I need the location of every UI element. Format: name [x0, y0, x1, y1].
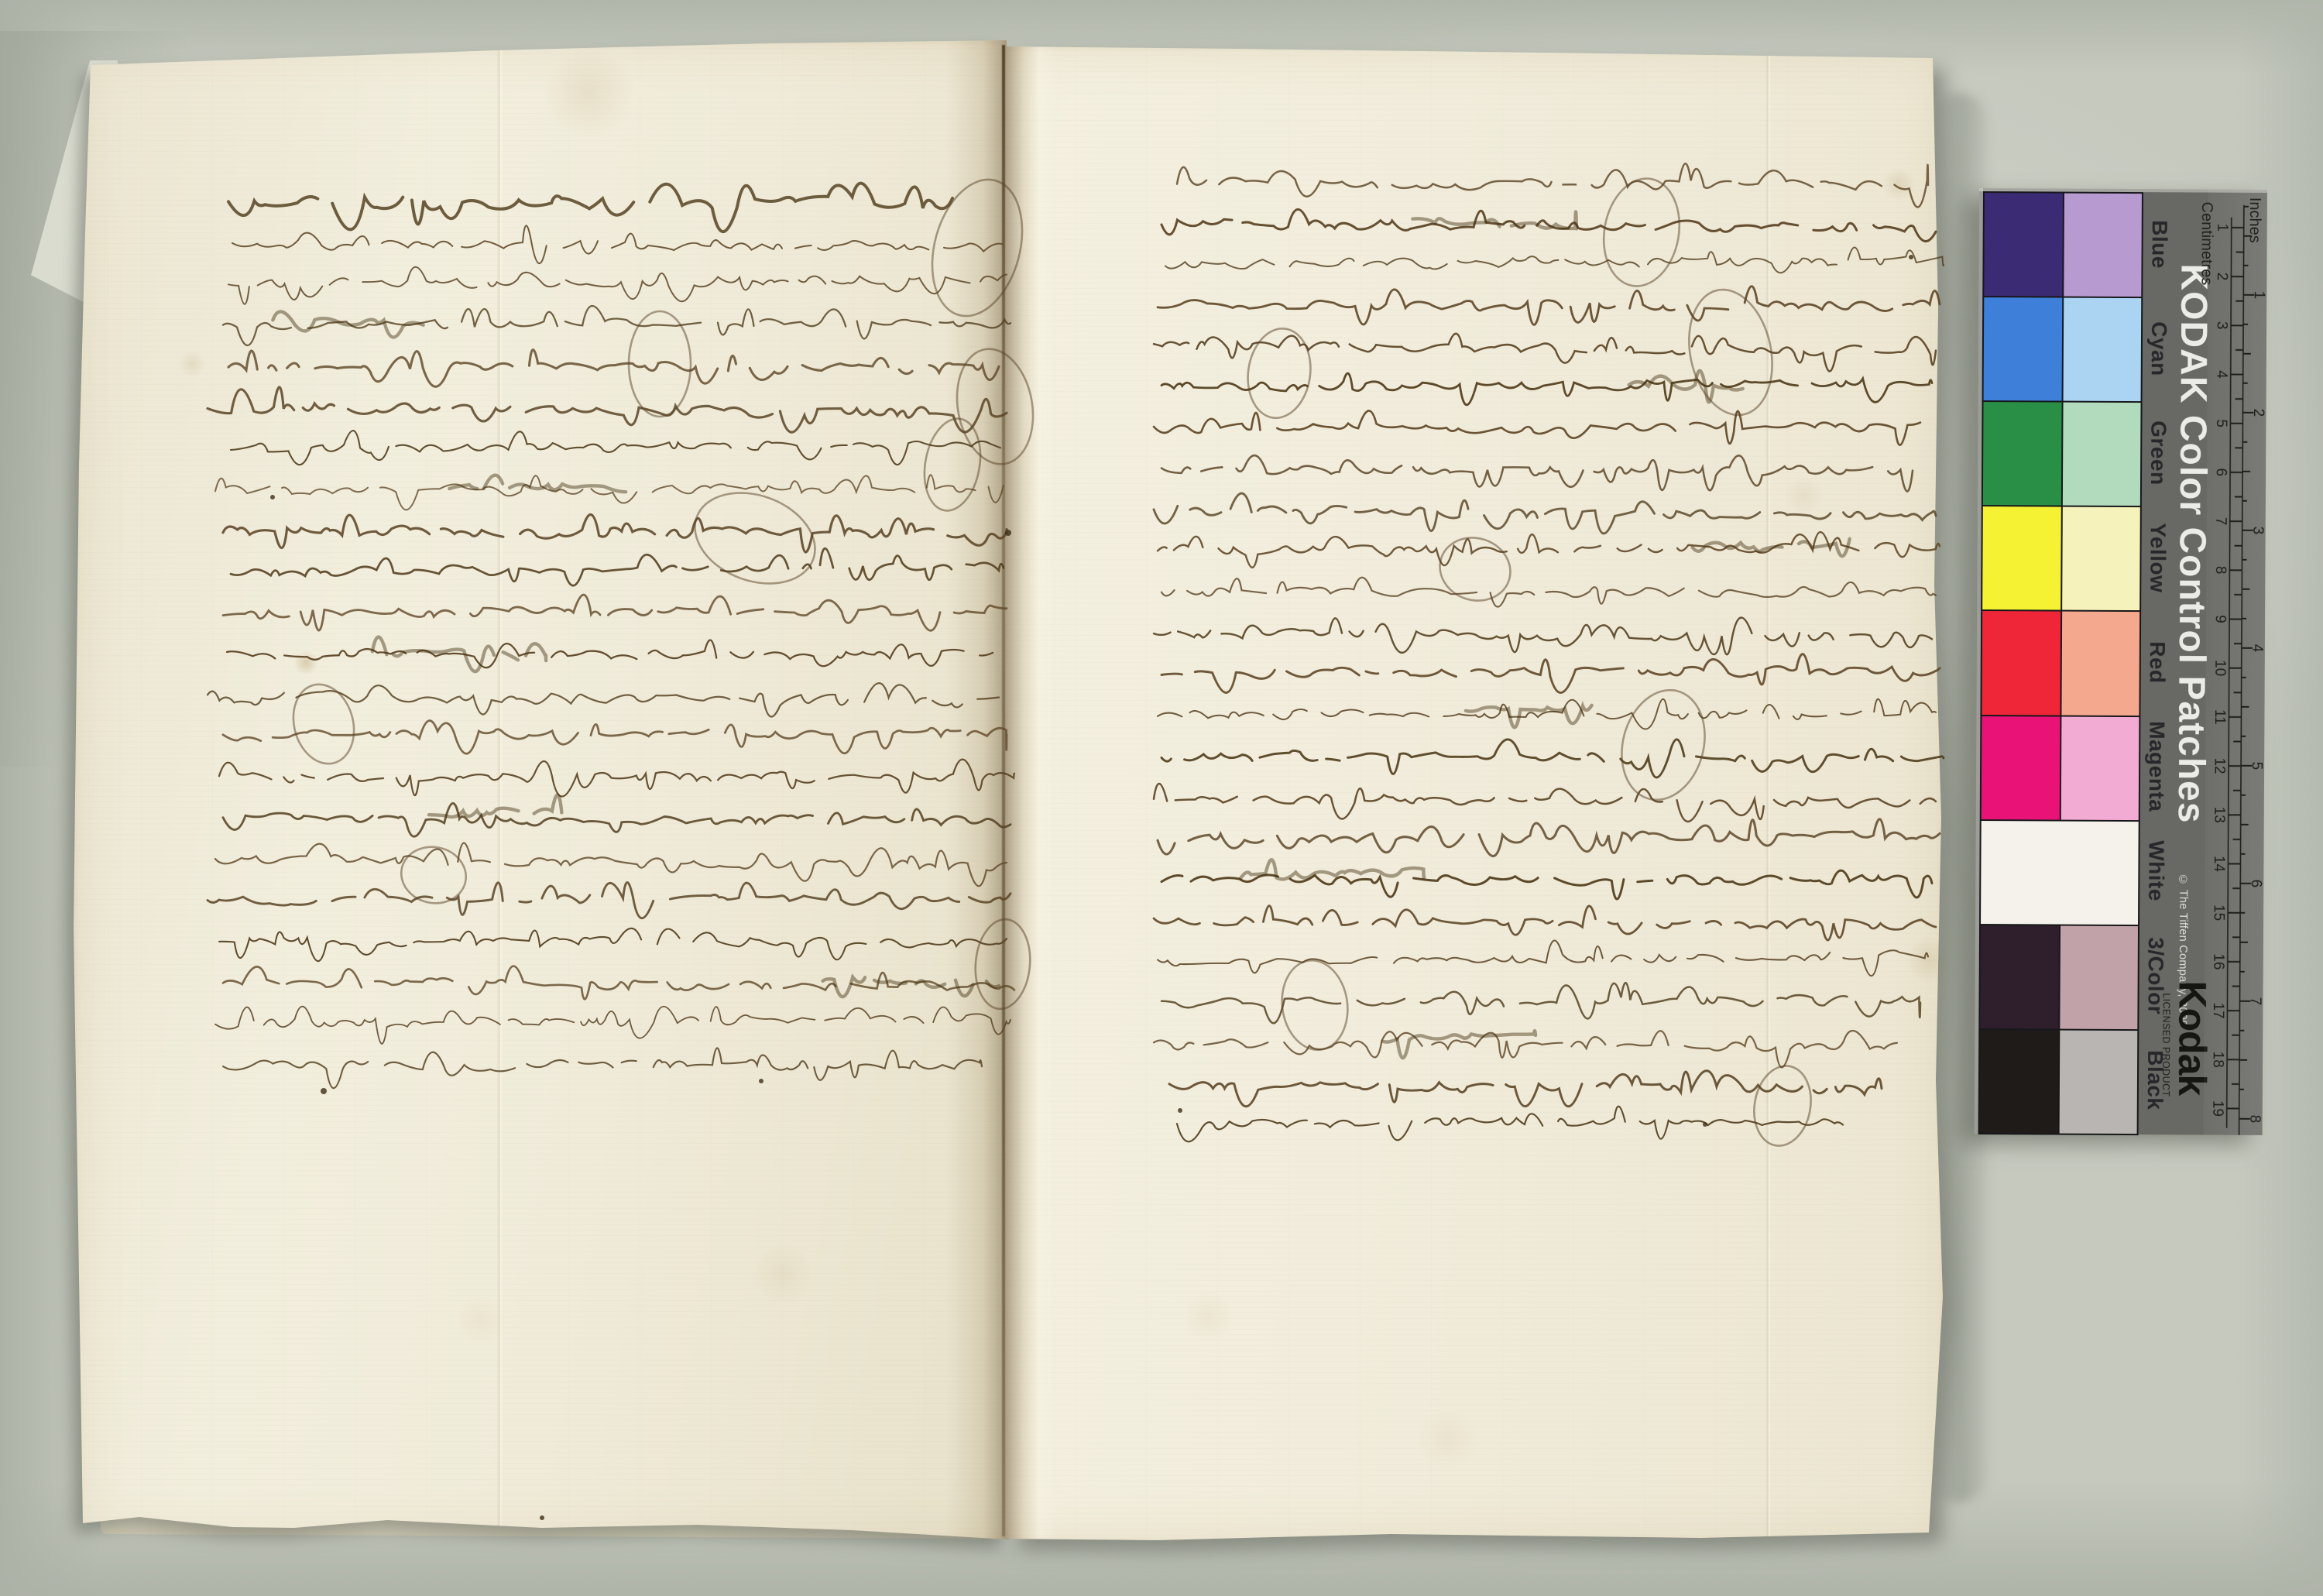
ink-flourish	[682, 477, 828, 599]
handwriting-flourish-overlay	[1412, 212, 1577, 229]
kodak-color-control-strip: BlueCyanGreenYellowRedMagentaWhite3/Colo…	[1975, 188, 2267, 1135]
licensed-product-text: LICENSED PRODUCT	[2160, 993, 2172, 1097]
ruler-number: 1	[2251, 291, 2267, 300]
handwriting-line	[219, 760, 1014, 797]
patch-row-cyan	[1984, 297, 2142, 401]
ink-flourish	[1276, 956, 1353, 1055]
handwriting-layer	[0, 0, 2323, 1596]
ink-flourish	[1596, 173, 1688, 293]
handwriting-line	[232, 225, 1003, 263]
patch-row-blue	[1984, 193, 2142, 297]
handwriting-line	[227, 640, 993, 668]
handwriting-line	[1158, 699, 1936, 729]
handwriting-line	[223, 306, 1011, 345]
ruler-number: 14	[2211, 856, 2227, 873]
patch-label: Magenta	[2144, 721, 2170, 812]
handwriting-line	[1158, 940, 1928, 976]
centimetres-label: Centimetres	[2197, 201, 2215, 285]
ruler-number: 7	[2212, 517, 2229, 526]
handwriting-line	[1161, 455, 1913, 491]
ink-spot	[321, 1088, 327, 1094]
handwriting-line	[215, 475, 1004, 510]
ruler-number: 19	[2209, 1100, 2225, 1117]
patch-row-white	[1981, 821, 2139, 925]
ink-flourish	[972, 917, 1034, 1011]
color-patch	[1983, 402, 2061, 506]
handwriting-line	[1154, 493, 1936, 534]
handwriting-line	[208, 882, 1011, 918]
ruler-number: 13	[2211, 807, 2227, 823]
ink-spot	[270, 495, 275, 499]
handwriting-line	[215, 843, 1007, 886]
handwriting-flourish-overlay	[1240, 860, 1424, 879]
handwriting-flourish-overlay	[1466, 705, 1592, 728]
handwriting-line	[1165, 248, 1944, 273]
handwriting-flourish-overlay	[1693, 539, 1850, 556]
color-patch-tint	[2061, 716, 2139, 820]
ruler-number: 11	[2211, 709, 2228, 725]
handwriting-line	[1161, 654, 1940, 693]
handwriting-line	[1154, 784, 1936, 822]
ruler-number: 2	[2214, 273, 2230, 281]
ink-spot	[759, 1079, 763, 1083]
ink-flourish	[1610, 681, 1717, 809]
ruler-number: 8	[2212, 566, 2229, 575]
handwriting-line	[1177, 1107, 1843, 1142]
color-patch	[1980, 1030, 2058, 1134]
ink-flourish	[1748, 1062, 1817, 1151]
handwriting-flourish-overlay	[1383, 1031, 1536, 1058]
patch-label: Cyan	[2146, 321, 2171, 376]
patch-row-magenta	[1982, 716, 2139, 820]
ruler-number: 3	[2214, 321, 2230, 330]
ruler-number: 8	[2246, 1115, 2263, 1124]
ruler-number: 2	[2250, 409, 2266, 417]
ink-flourish	[918, 170, 1037, 326]
ink-flourish	[1242, 324, 1316, 422]
ruler-svg: 1234567891011121314151617181912345678	[2204, 190, 2267, 1135]
ruler-number: 10	[2211, 660, 2228, 676]
ruler-number: 6	[2248, 880, 2264, 888]
handwriting-line	[1154, 334, 1936, 372]
color-patch	[1982, 716, 2060, 820]
ruler-number: 5	[2249, 762, 2265, 771]
handwriting-line	[1154, 618, 1932, 655]
color-patch	[1982, 611, 2060, 715]
color-patch	[1984, 297, 2062, 401]
handwriting-line	[1177, 163, 1928, 207]
ruler-number: 16	[2210, 953, 2226, 970]
patch-label: White	[2143, 841, 2168, 902]
handwriting-flourish-overlay	[823, 977, 999, 997]
handwriting-line	[1161, 209, 1936, 241]
archival-photo-stage: BlueCyanGreenYellowRedMagentaWhite3/Colo…	[0, 0, 2323, 1596]
ruler-zone: 1234567891011121314151617181912345678	[2204, 190, 2267, 1135]
ruler-number: 5	[2213, 419, 2229, 427]
ruler-number: 3	[2249, 527, 2266, 535]
color-patch	[1984, 193, 2062, 297]
ruler-number: 7	[2247, 997, 2263, 1006]
color-patch-tint	[2062, 403, 2140, 506]
ink-flourish	[949, 343, 1042, 470]
inches-label: Inches	[2246, 197, 2263, 243]
ink-flourish	[918, 414, 987, 515]
color-patch-tint	[2061, 612, 2139, 716]
ruler-number: 12	[2211, 757, 2228, 774]
handwriting-line	[228, 184, 952, 232]
ink-spot	[1005, 530, 1011, 536]
handwriting-line	[223, 803, 1011, 836]
ink-flourish	[629, 311, 691, 417]
handwriting-line	[1161, 983, 1920, 1023]
handwriting-line	[1154, 906, 1936, 941]
handwriting-line	[208, 683, 999, 716]
patch-row-green	[1983, 402, 2141, 506]
handwriting-line	[1154, 1031, 1897, 1068]
handwriting-line	[1169, 1071, 1882, 1107]
patch-row-black	[1980, 1030, 2138, 1134]
ink-spot	[1178, 1108, 1182, 1113]
patch-label: Yellow	[2145, 523, 2170, 592]
handwriting-line	[215, 1007, 1011, 1044]
handwriting-line	[223, 721, 1007, 754]
ink-flourish	[1678, 282, 1783, 423]
ink-spot	[540, 1515, 544, 1520]
color-patch	[1982, 506, 2061, 610]
color-patch	[1981, 821, 2139, 925]
color-patch	[1980, 925, 2058, 1029]
ruler-number: 4	[2213, 370, 2229, 379]
handwriting-line	[223, 595, 1007, 630]
handwriting-line	[231, 431, 1000, 465]
patch-label: Green	[2146, 421, 2170, 486]
color-patch-tint	[2062, 507, 2140, 611]
color-patch-tint	[2060, 925, 2138, 1029]
handwriting-line	[228, 350, 999, 387]
patch-row-yellow	[1982, 506, 2140, 610]
handwriting-line	[219, 928, 1007, 961]
color-patch-tint	[2064, 194, 2142, 297]
ruler-tick	[2239, 205, 2244, 1135]
patch-grid	[1978, 191, 2143, 1135]
handwriting-line	[1158, 287, 1940, 325]
handwriting-line	[223, 515, 1007, 553]
ruler-number: 18	[2210, 1052, 2226, 1068]
patch-row-red	[1982, 611, 2139, 715]
patch-label: Red	[2145, 641, 2170, 684]
handwriting-line	[228, 267, 1007, 304]
handwriting-line	[1161, 373, 1932, 405]
ruler-number: 4	[2249, 644, 2265, 653]
handwriting-line	[223, 1048, 982, 1088]
handwriting-line	[231, 548, 1004, 585]
ruler-number: 17	[2210, 1002, 2226, 1018]
patch-row-3-color	[1980, 925, 2138, 1029]
handwriting-line	[208, 387, 1007, 432]
ruler-number: 9	[2212, 615, 2229, 623]
ruler-number: 1	[2214, 223, 2230, 232]
color-patch-tint	[2063, 298, 2141, 402]
ink-spot	[1909, 255, 1913, 259]
patch-label: Blue	[2146, 220, 2171, 269]
handwriting-line	[1158, 532, 1940, 568]
color-patch-tint	[2059, 1030, 2137, 1134]
handwriting-line	[1161, 578, 1936, 607]
handwriting-line	[1161, 740, 1944, 777]
handwriting-line	[1158, 819, 1940, 856]
ruler-number: 15	[2211, 904, 2227, 921]
patch-label-cell: White	[2138, 819, 2174, 923]
ruler-number: 6	[2213, 468, 2229, 476]
ink-spot	[1703, 1122, 1707, 1127]
